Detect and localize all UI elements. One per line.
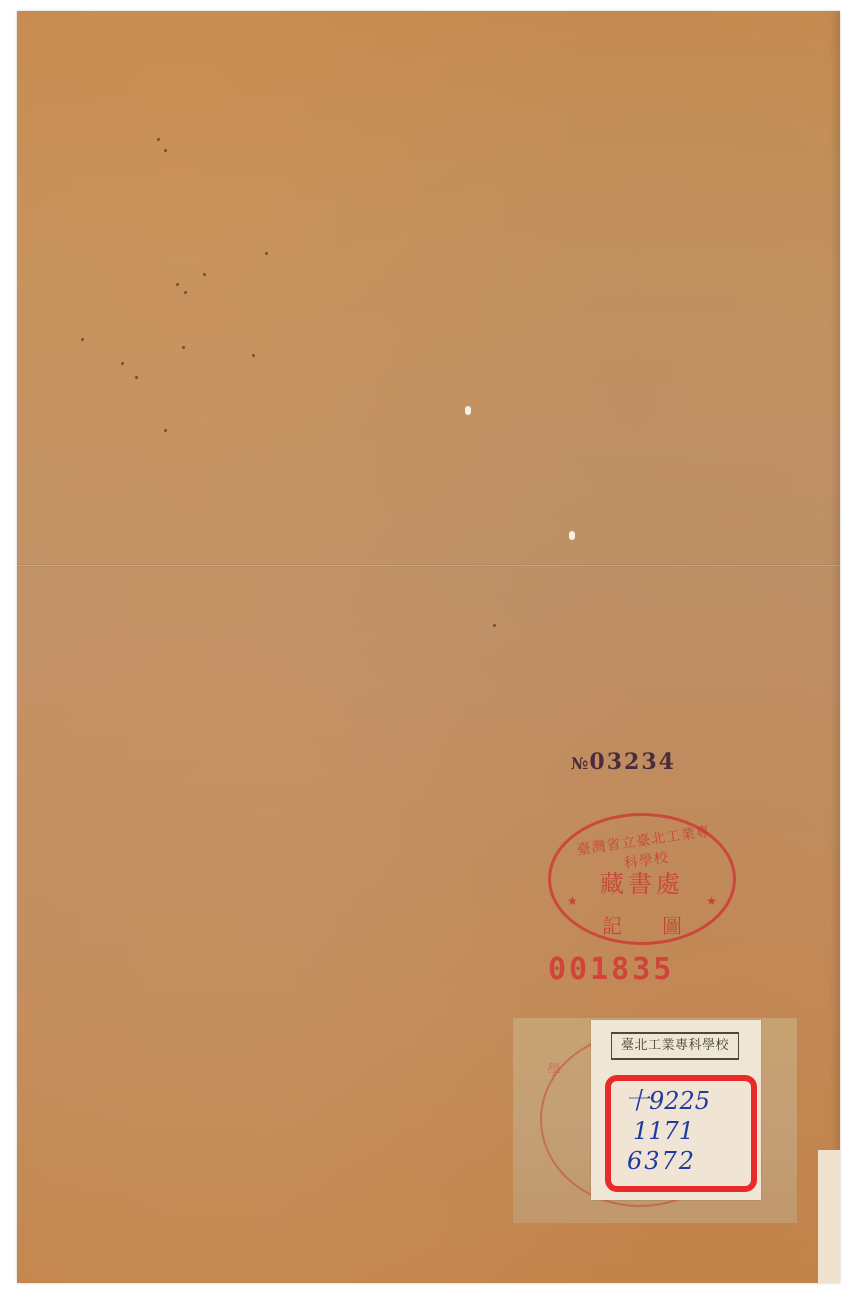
call-number-line-3: 6372: [627, 1149, 696, 1173]
foxing-speck: [252, 354, 255, 357]
star-icon: ★: [706, 894, 717, 908]
stamp-char-right: 圖: [662, 914, 722, 938]
page-edge-shadow: [830, 11, 840, 1283]
foxing-speck: [184, 291, 187, 294]
foxing-speck: [121, 362, 124, 365]
foxing-speck: [81, 338, 84, 341]
call-number-label: 臺北工業專科學校 十9225 1171 6372: [591, 1020, 761, 1200]
paper-hole: [465, 406, 471, 415]
foxing-speck: [164, 149, 167, 152]
fold-crease: [17, 564, 840, 567]
accession-number: №03234: [571, 749, 676, 775]
adjacent-page-edge: [818, 1150, 840, 1283]
foxing-speck: [203, 273, 206, 276]
stamp-bottom-text: 記圖: [551, 910, 733, 939]
call-number-line-1: 十9225: [625, 1089, 710, 1113]
foxing-speck: [265, 252, 268, 255]
serial-number: 001835: [548, 952, 674, 987]
foxing-speck: [176, 283, 179, 286]
accession-number-value: 03234: [589, 749, 676, 775]
call-number-box: 十9225 1171 6372: [605, 1075, 757, 1192]
paper-hole: [569, 531, 575, 540]
foxing-speck: [135, 376, 138, 379]
label-institution-header: 臺北工業專科學校: [611, 1032, 739, 1060]
library-ownership-stamp: 臺灣省立臺北工業專科學校 藏書處 ★ ★ 記圖: [548, 813, 736, 945]
foxing-speck: [164, 429, 167, 432]
call-number-line-2: 1171: [633, 1119, 694, 1143]
foxing-speck: [157, 138, 160, 141]
foxing-speck: [182, 346, 185, 349]
faded-stamp-mark: 學: [547, 1060, 561, 1080]
stamp-char-left: 記: [602, 914, 662, 938]
number-sign: №: [571, 754, 587, 773]
star-icon: ★: [567, 894, 578, 908]
foxing-speck: [493, 624, 496, 627]
